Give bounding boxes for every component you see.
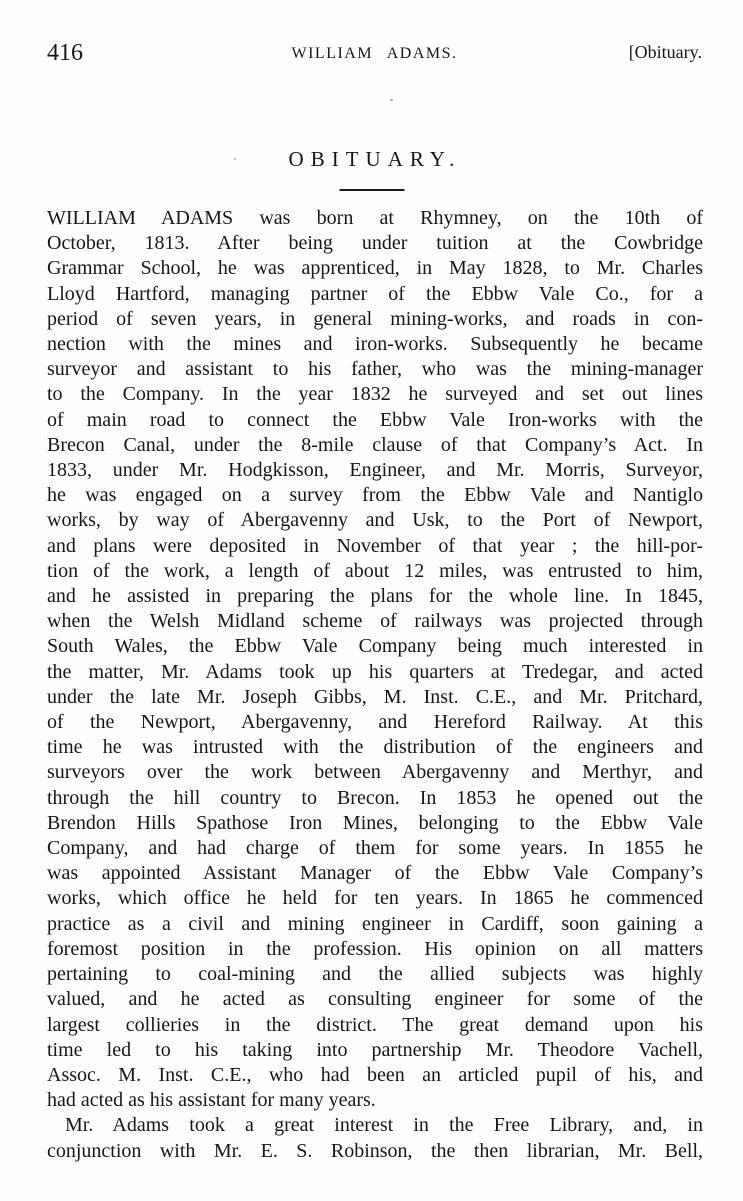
page-header: 416 WILLIAM ADAMS. [Obituary. — [47, 40, 702, 70]
text-line: WILLIAM ADAMS was born at Rhymney, on th… — [47, 206, 703, 231]
text-line: time he was intrusted with the distribut… — [47, 735, 703, 760]
running-title: WILLIAM ADAMS. — [47, 45, 702, 63]
text-line: conjunction with Mr. E. S. Robinson, the… — [47, 1139, 703, 1164]
text-line: when the Welsh Midland scheme of railway… — [47, 609, 703, 634]
text-line: Assoc. M. Inst. C.E., who had been an ar… — [47, 1063, 703, 1088]
text-line: largest collieries in the district. The … — [47, 1013, 703, 1038]
scan-speck — [390, 99, 393, 101]
text-line: Brecon Canal, under the 8-mile clause of… — [47, 433, 703, 458]
text-line: foremost position in the profession. His… — [47, 937, 703, 962]
text-line: Company, and had charge of them for some… — [47, 836, 703, 861]
paragraph: Mr. Adams took a great interest in the F… — [47, 1113, 703, 1163]
text-line: through the hill country to Brecon. In 1… — [47, 786, 703, 811]
text-line: was appointed Assistant Manager of the E… — [47, 861, 703, 886]
text-line: had acted as his assistant for many year… — [47, 1088, 703, 1113]
text-line: to the Company. In the year 1832 he surv… — [47, 382, 703, 407]
text-line: surveyor and assistant to his father, wh… — [47, 357, 703, 382]
text-line: Grammar School, he was apprenticed, in M… — [47, 256, 703, 281]
text-line: of main road to connect the Ebbw Vale Ir… — [47, 408, 703, 433]
text-line: nection with the mines and iron-works. S… — [47, 332, 703, 357]
text-line: Lloyd Hartford, managing partner of the … — [47, 282, 703, 307]
text-line: valued, and he acted as consulting engin… — [47, 987, 703, 1012]
text-line: Mr. Adams took a great interest in the F… — [47, 1113, 703, 1138]
text-line: he was engaged on a survey from the Ebbw… — [47, 483, 703, 508]
section-marker: [Obituary. — [629, 42, 702, 63]
text-line: and he assisted in preparing the plans f… — [47, 584, 703, 609]
page-title: OBITUARY. — [0, 147, 743, 172]
text-line: surveyors over the work between Abergave… — [47, 760, 703, 785]
text-line: and plans were deposited in November of … — [47, 534, 703, 559]
text-line: works, by way of Abergavenny and Usk, to… — [47, 508, 703, 533]
text-line: works, which office he held for ten year… — [47, 886, 703, 911]
text-line: under the late Mr. Joseph Gibbs, M. Inst… — [47, 685, 703, 710]
book-page: 416 WILLIAM ADAMS. [Obituary. OBITUARY. … — [0, 0, 743, 1201]
text-line: 1833, under Mr. Hodgkisson, Engineer, an… — [47, 458, 703, 483]
text-line: of the Newport, Abergavenny, and Herefor… — [47, 710, 703, 735]
text-line: period of seven years, in general mining… — [47, 307, 703, 332]
title-divider-rule — [339, 189, 404, 191]
text-line: October, 1813. After being under tuition… — [47, 231, 703, 256]
text-line: tion of the work, a length of about 12 m… — [47, 559, 703, 584]
text-line: South Wales, the Ebbw Vale Company being… — [47, 634, 703, 659]
text-line: Brendon Hills Spathose Iron Mines, belon… — [47, 811, 703, 836]
text-line: practice as a civil and mining engineer … — [47, 912, 703, 937]
text-line: the matter, Mr. Adams took up his quarte… — [47, 660, 703, 685]
paragraph: WILLIAM ADAMS was born at Rhymney, on th… — [47, 206, 703, 1113]
body-text: WILLIAM ADAMS was born at Rhymney, on th… — [47, 206, 703, 1164]
text-line: pertaining to coal-mining and the allied… — [47, 962, 703, 987]
text-line: time led to his taking into partnership … — [47, 1038, 703, 1063]
